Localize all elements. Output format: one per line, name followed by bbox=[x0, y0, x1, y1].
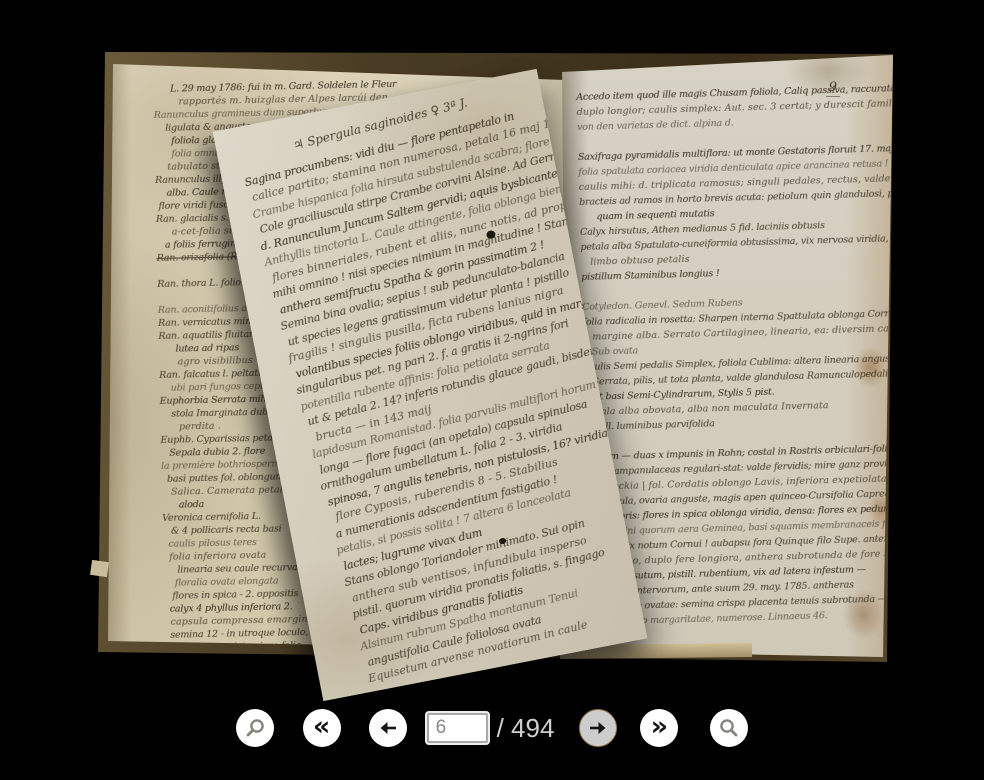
next-page-button[interactable] bbox=[579, 709, 617, 747]
double-chevron-left-icon: « bbox=[313, 713, 330, 740]
double-chevron-right-icon: » bbox=[651, 713, 668, 740]
magnifier-left-icon bbox=[244, 717, 266, 739]
magnifier-right-icon bbox=[718, 717, 740, 739]
last-page-button[interactable]: » bbox=[640, 709, 678, 747]
page-number-input[interactable] bbox=[427, 713, 488, 743]
arrow-left-icon bbox=[377, 717, 399, 739]
previous-page-button[interactable] bbox=[369, 709, 407, 747]
zoom-out-button[interactable] bbox=[236, 709, 274, 747]
zoom-in-button[interactable] bbox=[710, 709, 748, 747]
page-total-label: / 494 bbox=[497, 713, 555, 744]
page-tab bbox=[90, 560, 109, 577]
first-page-button[interactable]: « bbox=[303, 709, 341, 747]
arrow-right-icon bbox=[587, 717, 609, 739]
viewer-stage: L. 29 may 1786: fui in m. Gard. Soldelen… bbox=[0, 0, 984, 780]
navigation-toolbar: « / 494 » bbox=[0, 708, 984, 748]
